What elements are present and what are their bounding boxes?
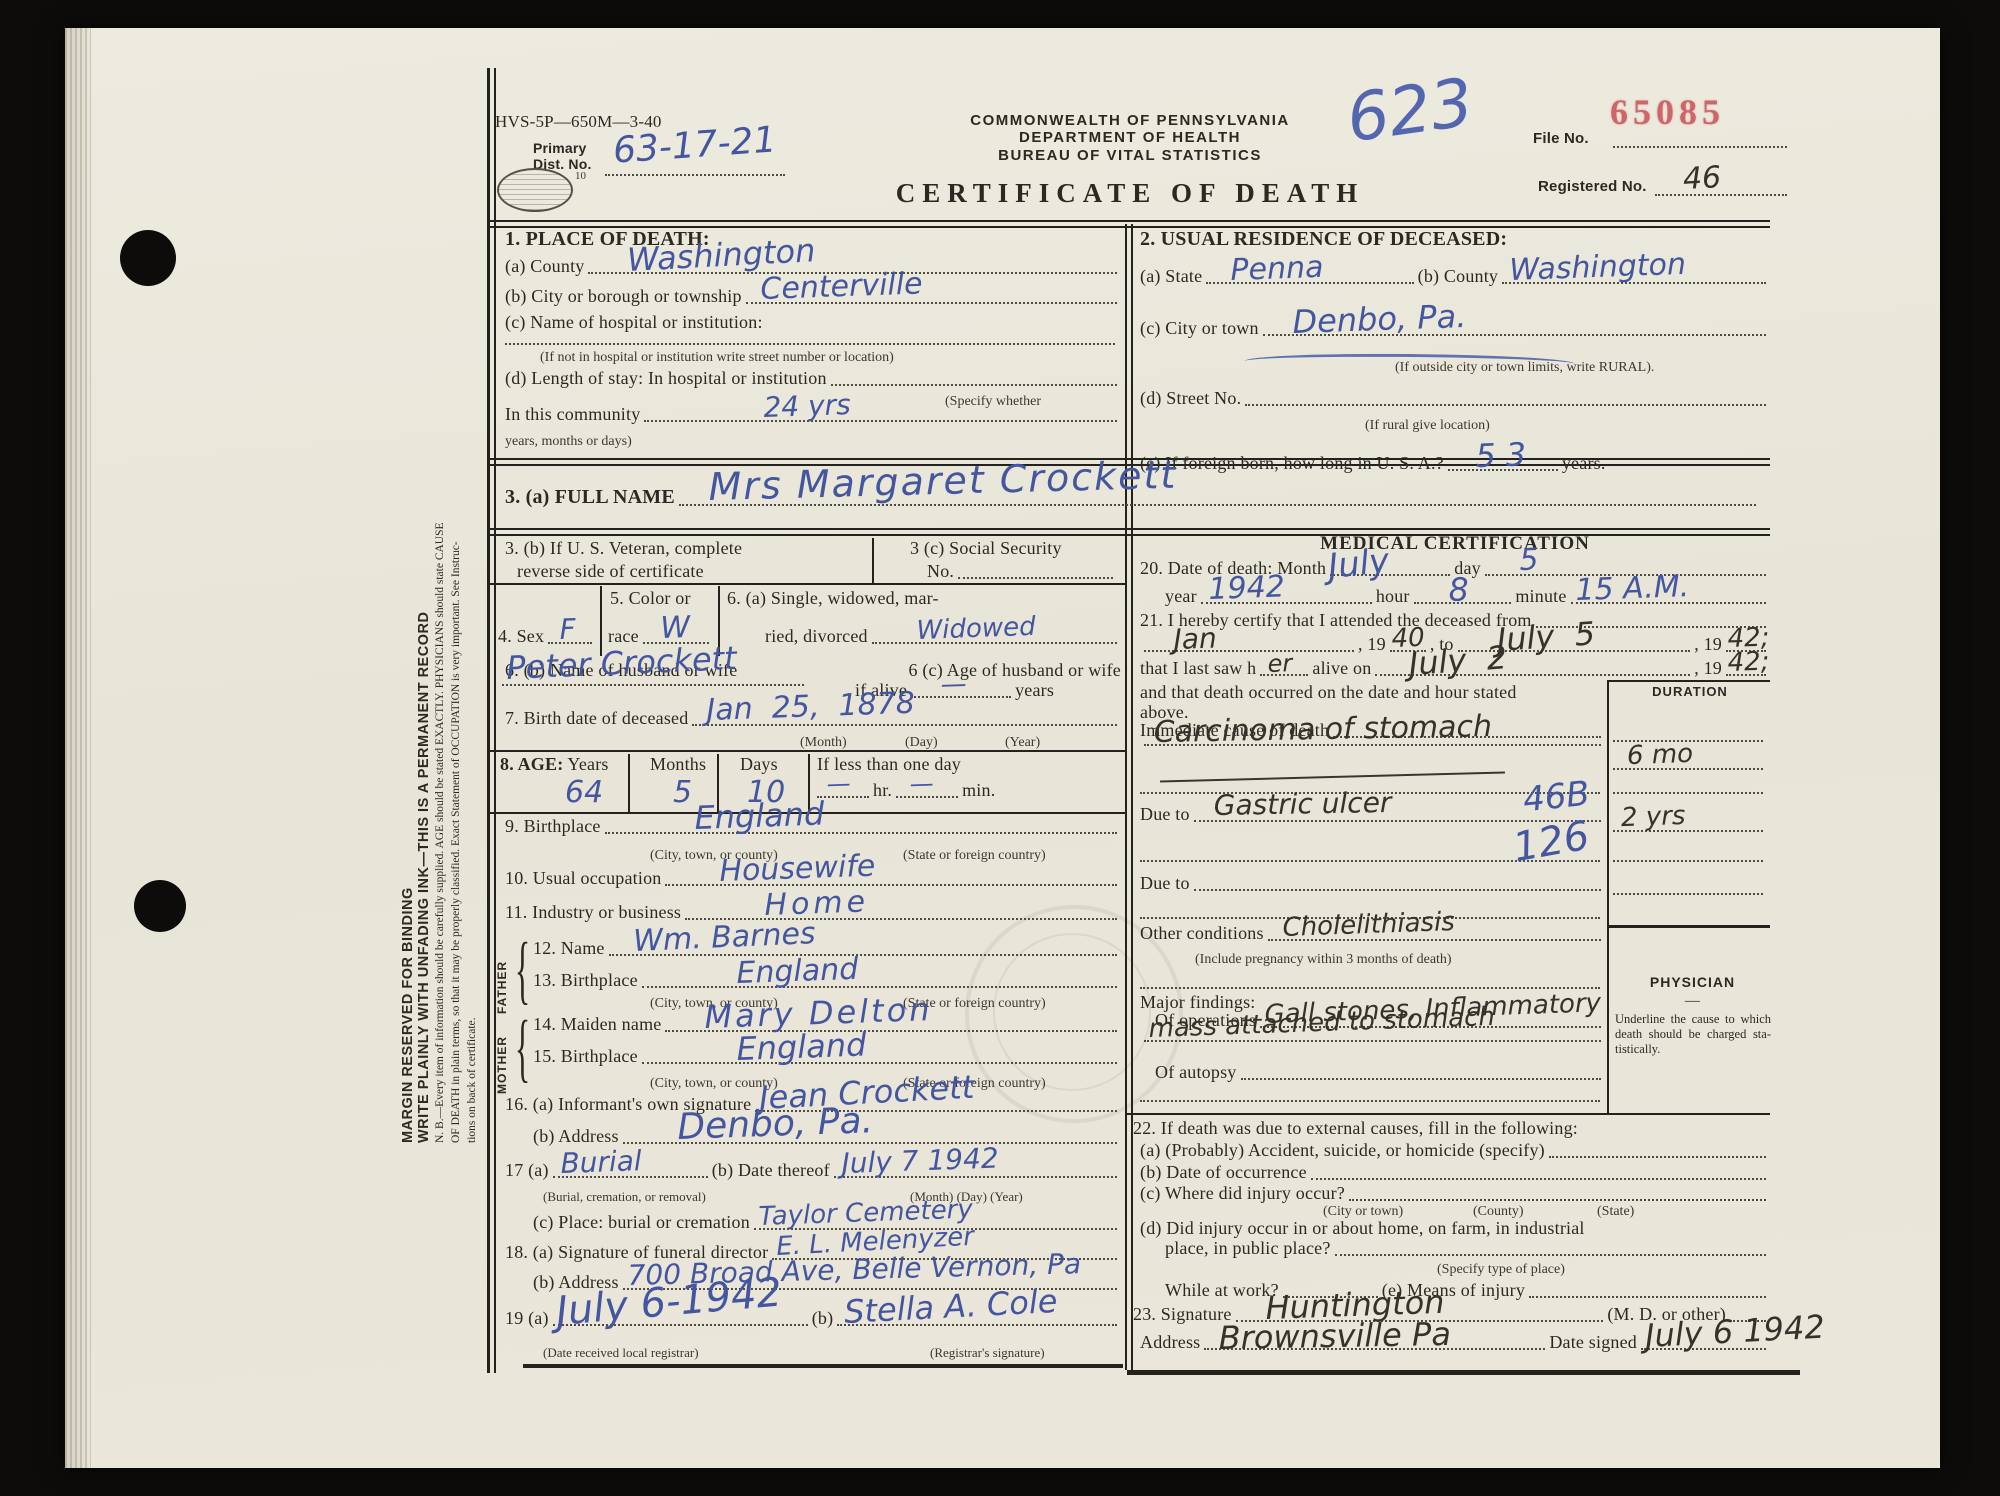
- place-city-line: Centerville: [746, 298, 1117, 304]
- place-community-label: In this community: [505, 404, 640, 425]
- father-name-label: 12. Name: [533, 938, 605, 959]
- father-brace: {: [515, 925, 530, 1014]
- birthplace-line: England: [605, 828, 1117, 834]
- age-years-value: 64: [565, 778, 603, 808]
- death-hour-value: 8: [1447, 573, 1468, 606]
- fullname-value: Mrs Margaret Crockett: [708, 456, 1178, 506]
- residence-city-line: Denbo, Pa.: [1263, 330, 1766, 336]
- industry-label: 11. Industry or business: [505, 902, 681, 923]
- icd-code1: 46B: [1521, 777, 1591, 818]
- margin-nb-line1: N. B.—Every item of information should b…: [432, 83, 448, 1143]
- rule-below-3b: [490, 583, 1125, 585]
- file-number-stamp: 65085: [1610, 94, 1725, 130]
- death-minute-line: 15 A.M.: [1571, 598, 1766, 604]
- place-community-line: 24 yrs: [644, 416, 1117, 422]
- age-months-value: 5: [673, 778, 692, 808]
- place-county-value: Washington: [627, 234, 817, 276]
- registrar-received-cap: (Date received local registrar): [543, 1346, 699, 1360]
- father-birthplace-value: England: [736, 954, 859, 988]
- burial-date-line: July 7 1942: [834, 1172, 1117, 1178]
- autopsy-label: Of autopsy: [1155, 1062, 1237, 1083]
- residence-state-line: Penna: [1206, 278, 1413, 284]
- burial-type-cap: (Burial, cremation, or removal): [543, 1190, 706, 1204]
- attest-addr-line: Brownsville Pa: [1204, 1344, 1545, 1350]
- external-state-cap: (State): [1597, 1204, 1634, 1219]
- registrar-label-b: (b): [812, 1308, 834, 1329]
- ssn-no-label: No.: [927, 561, 954, 582]
- other-conditions-line: Cholelithiasis: [1268, 935, 1601, 941]
- certify-line3a: that I last saw h: [1140, 658, 1256, 679]
- father-birthplace-line: England: [642, 982, 1117, 988]
- age-years-label: Years: [567, 754, 608, 775]
- spouse-line: Peter Crockett: [502, 680, 804, 686]
- place-hospital-line: [505, 343, 1115, 345]
- birthdate-label: 7. Birth date of deceased: [505, 708, 688, 729]
- external-d-line: [1335, 1250, 1766, 1256]
- department-line: DEPARTMENT OF HEALTH: [830, 129, 1430, 146]
- certify-from-value: Jan: [1173, 624, 1217, 653]
- certify-her-line: er: [1260, 670, 1308, 676]
- months-label: Months: [650, 754, 706, 775]
- certify-saw-line: July 2: [1375, 670, 1690, 676]
- immediate-duration-value: 6 mo: [1627, 741, 1694, 769]
- primary-label: Primary: [533, 140, 587, 156]
- attest-sig-label: 23. Signature: [1133, 1304, 1232, 1325]
- certificate-sheet: MARGIN RESERVED FOR BINDING WRITE PLAINL…: [65, 28, 1940, 1468]
- physician-note: Underline the cause to which death shoul…: [1615, 1012, 1771, 1057]
- immediate-cause-underline: [1160, 771, 1505, 782]
- registered-no-value: 46: [1682, 163, 1722, 195]
- min-dash: —: [909, 771, 934, 796]
- attest-addr-value: Brownsville Pa: [1219, 1318, 1452, 1354]
- commonwealth-line: COMMONWEALTH OF PENNSYLVANIA: [830, 112, 1430, 129]
- seal-number: 10: [575, 170, 586, 182]
- min-line: —: [896, 792, 958, 798]
- immediate-cause-line: Carcinoma of stomach: [1144, 740, 1601, 746]
- marital-label2: ried, divorced: [765, 626, 868, 647]
- death-hour-label: hour: [1376, 586, 1410, 607]
- place-units-note: years, months or days): [505, 434, 632, 449]
- other-conditions-value: Cholelithiasis: [1282, 909, 1455, 941]
- father-name-line: Wm. Barnes: [609, 950, 1117, 956]
- place-hospital-note: (If not in hospital or institution write…: [540, 350, 894, 365]
- duration-dot-5: [1613, 860, 1763, 862]
- father-name-value: Wm. Barnes: [632, 919, 815, 957]
- informant-addr-line: Denbo, Pa.: [623, 1138, 1117, 1144]
- file-no-label: File No.: [1533, 130, 1589, 147]
- death-minute-value: 15 A.M.: [1574, 572, 1689, 606]
- residence-county-line: Washington: [1502, 278, 1766, 284]
- residence-street-line: [1245, 400, 1766, 406]
- min-label: min.: [962, 780, 995, 801]
- certify-from-line: Jan: [1144, 646, 1354, 652]
- month-cap: (Month): [800, 735, 847, 750]
- death-minute-label: minute: [1515, 586, 1566, 607]
- sex-label: 4. Sex: [498, 626, 544, 647]
- sex-line: F: [548, 638, 592, 644]
- occupation-value: Housewife: [719, 851, 876, 886]
- divider-3b-3c: [872, 538, 874, 583]
- external-a-line: [1549, 1152, 1766, 1158]
- other-conditions-note: (Include pregnancy within 3 months of de…: [1195, 952, 1452, 967]
- external-b-line: [1311, 1174, 1766, 1180]
- certify-sawyear-line: 42;: [1726, 670, 1766, 676]
- place-community-value: 24 yrs: [763, 391, 851, 422]
- death-year-line: 1942: [1201, 598, 1372, 604]
- medical-dot-4: [1140, 987, 1600, 989]
- certify-to-value: July 5: [1495, 617, 1595, 656]
- registrar-received-line: July 6-1942: [553, 1320, 808, 1326]
- birthdate-line: Jan 25, 1878: [692, 720, 1117, 726]
- registrar-sig-line: Stella A. Cole: [837, 1320, 1117, 1326]
- day-cap: (Day): [905, 735, 938, 750]
- race-value: W: [660, 613, 691, 644]
- burial-place-label: (c) Place: burial or cremation: [533, 1212, 750, 1233]
- residence-heading: 2. USUAL RESIDENCE OF DECEASED:: [1140, 228, 1507, 251]
- margin-nb-line3: tions on back of certificate.: [464, 83, 480, 1143]
- residence-city-label: (c) City or town: [1140, 318, 1259, 339]
- autopsy-line: [1241, 1074, 1602, 1080]
- hole-punch-bottom: [134, 880, 186, 932]
- industry-value: Home: [764, 887, 870, 921]
- hr-dash: —: [826, 771, 851, 796]
- residence-foreign-value: 53: [1475, 438, 1537, 472]
- means-of-injury-line: [1529, 1292, 1766, 1298]
- certify-p19c: , 19: [1694, 658, 1722, 679]
- medical-dot-5: [1140, 1100, 1600, 1102]
- birthplace-state-cap: (State or foreign country): [903, 848, 1046, 863]
- veteran-line2: reverse side of certificate: [517, 561, 704, 582]
- marital-value: Widowed: [916, 614, 1036, 644]
- divider-age-months: [628, 754, 630, 812]
- due2-line: [1194, 885, 1601, 891]
- mother-birthplace-label: 15. Birthplace: [533, 1046, 638, 1067]
- hr-label: hr.: [873, 780, 892, 801]
- death-hour-line: 8: [1414, 598, 1512, 604]
- external-c-label: (c) Where did injury occur?: [1140, 1183, 1345, 1204]
- birthplace-label: 9. Birthplace: [505, 816, 601, 837]
- due1-value: Gastric ulcer: [1213, 789, 1391, 820]
- rule-above-22: [1125, 1113, 1770, 1115]
- place-hospital-label: (c) Name of hospital or institution:: [505, 312, 763, 333]
- margin-nb-line2: OF DEATH in plain terms, so that it may …: [448, 83, 464, 1143]
- death-month-line: July: [1330, 570, 1450, 576]
- residence-years-label: years.: [1562, 453, 1606, 474]
- informant-addr-value: Denbo, Pa.: [676, 1103, 873, 1146]
- fullname-line: Mrs Margaret Crockett: [679, 500, 1756, 506]
- bureau-seal: [497, 168, 573, 212]
- physician-dash: —: [1685, 993, 1700, 1009]
- duration-box-top: [1607, 680, 1770, 682]
- right-column-bottom-rule: [1127, 1370, 1800, 1375]
- mother-name-label: 14. Maiden name: [533, 1014, 661, 1035]
- residence-street-label: (d) Street No.: [1140, 388, 1241, 409]
- place-stay-line: [831, 380, 1117, 386]
- certify-p19b: , 19: [1694, 634, 1722, 655]
- if-alive-value: —: [940, 671, 967, 698]
- veteran-line1: 3. (b) If U. S. Veteran, complete: [505, 538, 742, 559]
- death-month-value: July: [1327, 543, 1391, 583]
- attest-date-value: July 6 1942: [1644, 1310, 1825, 1351]
- marital-label1: 6. (a) Single, widowed, mar-: [727, 588, 939, 609]
- immediate-cause-value: Carcinoma of stomach: [1153, 712, 1492, 748]
- burial-date-value: July 7 1942: [841, 1144, 999, 1177]
- marital-line: Widowed: [872, 638, 1117, 644]
- residence-foreign-label: (e) If foreign born, how long in U. S. A…: [1140, 453, 1444, 474]
- external-c-line: [1349, 1195, 1766, 1201]
- certify-line4: and that death occurred on the date and …: [1140, 682, 1517, 703]
- external-heading: 22. If death was due to external causes,…: [1133, 1118, 1578, 1139]
- margin-write-plainly: WRITE PLAINLY WITH UNFADING INK—THIS IS …: [416, 83, 432, 1143]
- place-stay-label: (d) Length of stay: In hospital or insti…: [505, 368, 827, 389]
- attest-date-line: July 6 1942: [1641, 1344, 1766, 1350]
- left-column-bottom-rule: [523, 1364, 1123, 1368]
- margin-binding-note: MARGIN RESERVED FOR BINDING: [400, 83, 416, 1143]
- cert-number-handwritten: 623: [1343, 70, 1477, 153]
- due2-label: Due to: [1140, 873, 1190, 894]
- mother-label: MOTHER: [495, 1018, 509, 1094]
- death-year-value: 1942: [1208, 572, 1285, 605]
- certify-saw-value: July 2: [1408, 641, 1508, 680]
- burial-type-value: Burial: [560, 1147, 642, 1178]
- duration-dot-6: [1613, 893, 1763, 895]
- hole-punch-top: [120, 230, 176, 286]
- while-at-work-label: While at work?: [1165, 1280, 1279, 1301]
- operations-line2: mass attached to stomach: [1144, 1036, 1601, 1042]
- occupation-line: Housewife: [665, 880, 1117, 886]
- birthplace-value: England: [693, 797, 824, 834]
- duration-box-left: [1607, 680, 1609, 1113]
- residence-city-value: Denbo, Pa.: [1292, 300, 1467, 338]
- birthdate-value: Jan 25, 1878: [706, 688, 915, 725]
- file-no-line: [1613, 146, 1787, 148]
- residence-state-value: Penna: [1230, 252, 1324, 285]
- occupation-label: 10. Usual occupation: [505, 868, 661, 889]
- death-day-value: 5: [1519, 545, 1539, 576]
- registrar-sig-value: Stella A. Cole: [844, 1285, 1059, 1328]
- certify-p19a: , 19: [1358, 634, 1386, 655]
- mother-birthplace-value: England: [736, 1028, 867, 1065]
- dist-no-value: 63-17-21: [612, 122, 778, 169]
- year-cap: (Year): [1005, 735, 1040, 750]
- other-conditions-label: Other conditions: [1140, 923, 1264, 944]
- registrar-label-a: 19 (a): [505, 1308, 549, 1329]
- external-a-label: (a) (Probably) Accident, suicide, or hom…: [1140, 1140, 1545, 1161]
- age-label: 8. AGE:: [500, 754, 563, 775]
- color-label: 5. Color or: [610, 588, 691, 609]
- duration-box-mid: [1607, 925, 1770, 928]
- days-label: Days: [740, 754, 778, 775]
- death-year-label: year: [1165, 586, 1197, 607]
- spouse-value: Peter Crockett: [506, 642, 738, 684]
- residence-county-value: Washington: [1509, 250, 1687, 286]
- burial-type-line: Burial: [553, 1172, 708, 1178]
- bureau-line: BUREAU OF VITAL STATISTICS: [830, 147, 1430, 164]
- external-d-label1: (d) Did injury occur in or about home, o…: [1140, 1218, 1585, 1239]
- residence-state-label: (a) State: [1140, 266, 1202, 287]
- residence-foreign-line: 53: [1448, 465, 1558, 471]
- sex-value: F: [559, 615, 576, 644]
- external-b-label: (b) Date of occurrence: [1140, 1162, 1307, 1183]
- certify-sawyear-value: 42;: [1727, 648, 1770, 675]
- certificate-title: CERTIFICATE OF DEATH: [896, 178, 1365, 208]
- burial-label: 17 (a): [505, 1160, 549, 1181]
- external-d-label2: place, in public place?: [1165, 1238, 1331, 1259]
- if-alive-years-label: years: [1015, 680, 1054, 701]
- residence-city-note: (If outside city or town limits, write R…: [1395, 360, 1654, 375]
- due1-duration-value: 2 yrs: [1621, 803, 1686, 831]
- place-city-value: Centerville: [760, 269, 923, 305]
- residence-county-label: (b) County: [1418, 266, 1499, 287]
- registered-no-label: Registered No.: [1538, 178, 1647, 195]
- duration-dot-3: [1613, 792, 1763, 794]
- certify-her-value: er: [1268, 651, 1293, 676]
- mother-name-line: Mary Delton: [665, 1026, 1117, 1032]
- column-divider: [1125, 224, 1133, 1370]
- residence-street-note: (If rural give location): [1365, 418, 1490, 433]
- external-d-cap: (Specify type of place): [1437, 1262, 1565, 1277]
- if-alive-line: —: [911, 692, 1011, 698]
- father-label: FATHER: [495, 940, 509, 1014]
- hr-line: —: [817, 792, 869, 798]
- place-county-label: (a) County: [505, 256, 584, 277]
- burial-date-label: (b) Date thereof: [712, 1160, 830, 1181]
- father-birthplace-label: 13. Birthplace: [533, 970, 638, 991]
- dist-no-line: [605, 174, 785, 176]
- mother-birthplace-line: England: [642, 1058, 1117, 1064]
- mother-brace: {: [515, 1003, 530, 1092]
- informant-addr-label: (b) Address: [533, 1126, 619, 1147]
- attest-addr-label: Address: [1140, 1332, 1200, 1353]
- binding-margin: MARGIN RESERVED FOR BINDING WRITE PLAINL…: [400, 83, 480, 1143]
- ssn-line: [958, 573, 1113, 579]
- certify-line3b: alive on: [1312, 658, 1371, 679]
- ssn-label: 3 (c) Social Security: [910, 538, 1062, 559]
- fullname-label: 3. (a) FULL NAME: [505, 486, 675, 509]
- duration-label: DURATION: [1652, 684, 1728, 699]
- registrar-sig-cap: (Registrar's signature): [930, 1346, 1045, 1360]
- attest-date-label: Date signed: [1549, 1332, 1637, 1353]
- physician-label: PHYSICIAN: [1650, 974, 1735, 990]
- due1-label: Due to: [1140, 804, 1190, 825]
- form-left-border: [487, 68, 496, 1373]
- place-city-label: (b) City or borough or township: [505, 286, 742, 307]
